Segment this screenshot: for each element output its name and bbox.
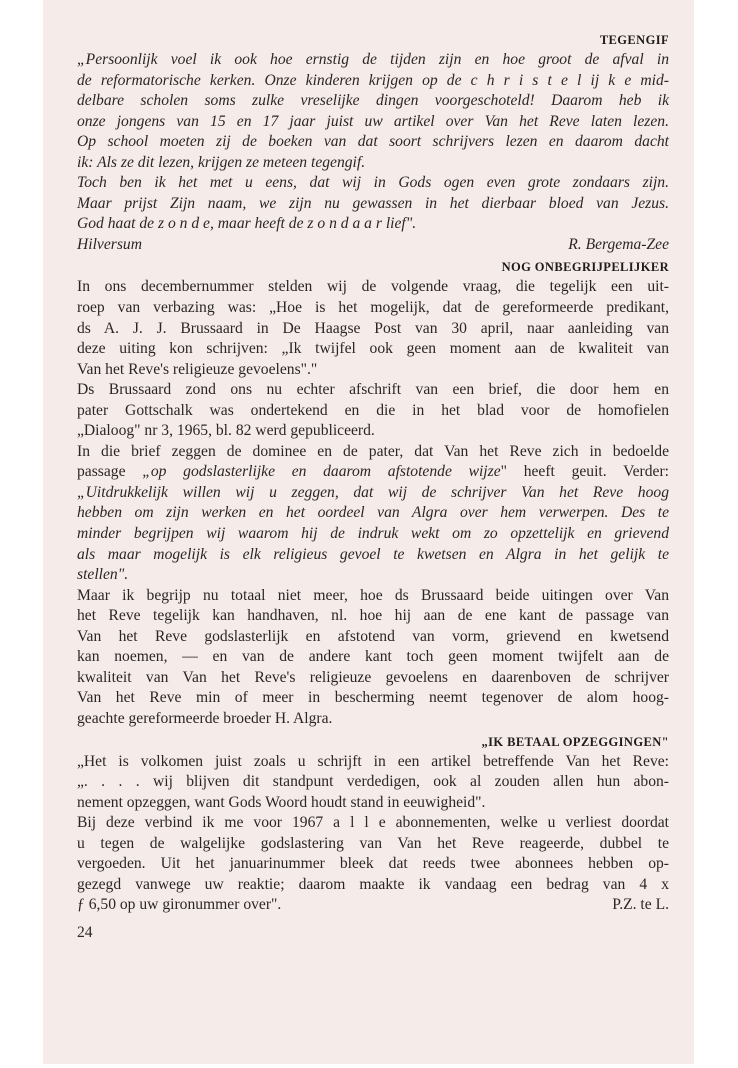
letter-body: „Persoonlijk voel ik ook hoe ernstig de … <box>77 50 669 255</box>
page-number: 24 <box>77 923 669 944</box>
text-line: stellen". <box>77 565 669 586</box>
text-line: het Reve tegelijk kan handhaven, nl. hoe… <box>77 606 669 627</box>
text-line: Bij deze verbind ik me voor 1967 a l l e… <box>77 813 669 834</box>
text-plain: passage <box>77 463 142 480</box>
section-ik-betaal-opzeggingen: „IK BETAAL OPZEGGINGEN" „Het is volkomen… <box>77 732 669 916</box>
text-line: „. . . . wij blijven dit standpunt verde… <box>77 772 669 793</box>
text-line: als maar mogelijk is elk religieus gevoe… <box>77 545 669 566</box>
text-line: „Uitdrukkelijk willen wij u zeggen, dat … <box>77 483 669 504</box>
text-line: Van het Reve's religieuze gevoelens"." <box>77 360 669 381</box>
text-line: onze jongens van 15 en 17 jaar juist uw … <box>77 112 669 133</box>
text-line: roep van verbazing was: „Hoe is het moge… <box>77 298 669 319</box>
text-line: passage „op godslasterlijke en daarom af… <box>77 462 669 483</box>
article-body: In ons decembernummer stelden wij de vol… <box>77 277 669 729</box>
text-line: Op school moeten zij de boeken van dat s… <box>77 132 669 153</box>
signature: P.Z. te L. <box>612 895 669 916</box>
signature: R. Bergema-Zee <box>568 235 669 256</box>
text-line: kwaliteit van Van het Reve's religieuze … <box>77 668 669 689</box>
signature-row: ƒ 6,50 op uw gironummer over". P.Z. te L… <box>77 895 669 916</box>
text-line: u tegen de walgelijke godslastering van … <box>77 834 669 855</box>
section-nog-onbegrijpelijker: NOG ONBEGRIJPELIJKER In ons decembernumm… <box>77 257 669 729</box>
signature-row: Hilversum R. Bergema-Zee <box>77 235 669 256</box>
quoted-italic: „op godslasterlijke en daarom afstotende… <box>142 463 500 480</box>
text-line: pater Gottschalk was ondertekend en die … <box>77 401 669 422</box>
page-content: TEGENGIF „Persoonlijk voel ik ook hoe er… <box>77 30 669 943</box>
section-heading: TEGENGIF <box>77 30 669 50</box>
place: Hilversum <box>77 235 142 256</box>
text-line: de reformatorische kerken. Onze kinderen… <box>77 71 669 92</box>
text-line: „Het is volkomen juist zoals u schrijft … <box>77 752 669 773</box>
text-line: hebben om zijn werken en het oordeel van… <box>77 503 669 524</box>
text-line: geachte gereformeerde broeder H. Algra. <box>77 709 669 730</box>
text-line: ƒ 6,50 op uw gironummer over". <box>77 895 281 916</box>
text-line: vergoeden. Uit het januarinummer bleek d… <box>77 854 669 875</box>
text-line: Maar prijst Zijn naam, we zijn nu gewass… <box>77 194 669 215</box>
text-line: minder begrijpen wij waarom hij de indru… <box>77 524 669 545</box>
text-line: „Persoonlijk voel ik ook hoe ernstig de … <box>77 50 669 71</box>
text-line: ik: Als ze dit lezen, krijgen ze meteen … <box>77 153 669 174</box>
text-line: „Dialoog" nr 3, 1965, bl. 82 werd gepubl… <box>77 421 669 442</box>
section-tegengif: TEGENGIF „Persoonlijk voel ik ook hoe er… <box>77 30 669 255</box>
text-line: God haat de z o n d e, maar heeft de z o… <box>77 214 669 235</box>
text-line: Ds Brussaard zond ons nu echter afschrif… <box>77 380 669 401</box>
text-line: deze uiting kon schrijven: „Ik twijfel o… <box>77 339 669 360</box>
text-line: Toch ben ik het met u eens, dat wij in G… <box>77 173 669 194</box>
text-plain: " heeft geuit. Verder: <box>501 463 669 480</box>
text-line: delbare scholen soms zulke vreselijke di… <box>77 91 669 112</box>
section-heading: NOG ONBEGRIJPELIJKER <box>77 257 669 277</box>
section-heading: „IK BETAAL OPZEGGINGEN" <box>77 732 669 752</box>
magazine-page: TEGENGIF „Persoonlijk voel ik ook hoe er… <box>43 0 694 1064</box>
text-line: ds A. J. J. Brussaard in De Haagse Post … <box>77 319 669 340</box>
text-line: gezegd vanwege uw reaktie; daarom maakte… <box>77 875 669 896</box>
text-line: Van het Reve min of meer in bescherming … <box>77 688 669 709</box>
text-line: nement opzeggen, want Gods Woord houdt s… <box>77 793 669 814</box>
letter-body: „Het is volkomen juist zoals u schrijft … <box>77 752 669 916</box>
text-line: Van het Reve godslasterlijk en afstotend… <box>77 627 669 648</box>
text-line: kan noemen, — en van de andere kant toch… <box>77 647 669 668</box>
text-line: In die brief zeggen de dominee en de pat… <box>77 442 669 463</box>
text-line: Maar ik begrijp nu totaal niet meer, hoe… <box>77 586 669 607</box>
text-line: In ons decembernummer stelden wij de vol… <box>77 277 669 298</box>
